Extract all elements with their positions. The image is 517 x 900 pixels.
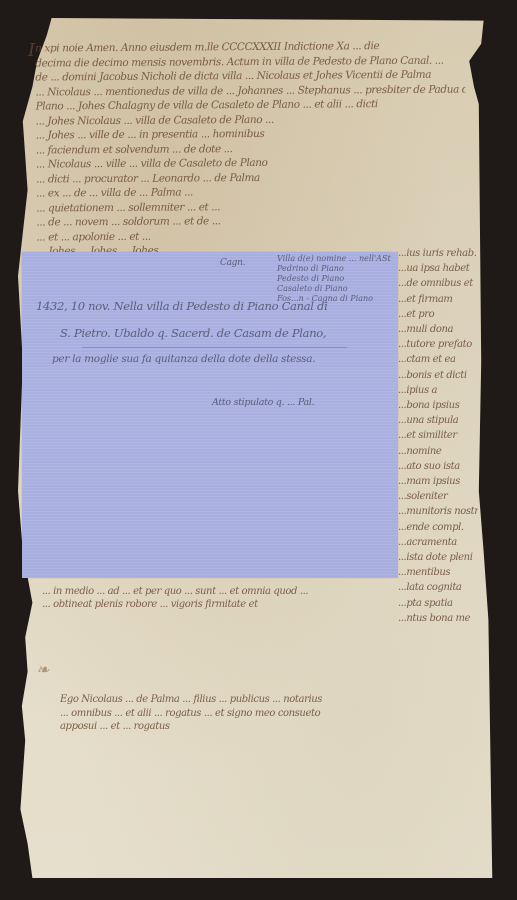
note-underline bbox=[82, 347, 347, 348]
side-annotation: Casaleto di Piano bbox=[277, 284, 397, 294]
manuscript-line: ... Nicolaus ... mentionedus de villa de… bbox=[35, 82, 465, 100]
margin-fragment: ...ato suo ista bbox=[398, 459, 478, 474]
margin-fragment: ...bonis et dicti bbox=[398, 368, 478, 383]
margin-fragment: ...ipius a bbox=[398, 383, 478, 398]
note-corner-label: Cagn. bbox=[220, 258, 245, 268]
notarial-subscription: Ego Nicolaus ... de Palma ... filius ...… bbox=[60, 693, 460, 734]
note-parties-line: S. Pietro. Ubaldo q. Sacerd. de Casam de… bbox=[60, 326, 326, 340]
margin-fragment: ...nomine bbox=[398, 444, 478, 459]
manuscript-right-margin-text: ...ius iuris rehab. ...ua ipsa habet ...… bbox=[398, 246, 478, 626]
margin-fragment: ...acramenta bbox=[398, 535, 478, 550]
margin-fragment: ...et firmam bbox=[398, 292, 478, 307]
subscription-line: ... omnibus ... et alii ... rogatus ... … bbox=[60, 707, 460, 721]
margin-fragment: ...bona ipsius bbox=[398, 398, 478, 413]
margin-fragment: ...ista dote pleni bbox=[398, 550, 478, 565]
note-summary-line: per la moglie sua fa quitanza della dote… bbox=[52, 353, 315, 365]
archival-note-slip: Cagn. Villa d(e) nomine ... nell'ASt Ped… bbox=[22, 252, 398, 578]
side-annotation: Pedesto di Piano bbox=[277, 274, 397, 284]
margin-fragment: ...ende compl. bbox=[398, 520, 478, 535]
margin-fragment: ...muli dona bbox=[398, 322, 478, 337]
manuscript-line: ... obtineat plenis robore ... vigoris f… bbox=[42, 598, 442, 611]
margin-fragment: ...ctam et ea bbox=[398, 352, 478, 367]
margin-fragment: ...soleniter bbox=[398, 489, 478, 504]
decorated-initial: I bbox=[28, 40, 35, 61]
margin-fragment: ...mam ipsius bbox=[398, 474, 478, 489]
subscription-line: apposui ... et ... rogatus bbox=[60, 720, 460, 734]
manuscript-line: ... in medio ... ad ... et per quo ... s… bbox=[42, 585, 442, 598]
note-signature: Atto stipulato q. ... Pal. bbox=[212, 397, 314, 408]
side-annotation: Pedrino di Piano bbox=[277, 264, 397, 274]
side-annotation: Villa d(e) nomine ... nell'ASt bbox=[277, 254, 397, 264]
note-date-line: 1432, 10 nov. Nella villa di Pedesto di … bbox=[36, 299, 327, 313]
margin-fragment: ...mentibus bbox=[398, 565, 478, 580]
margin-fragment: ...et similiter bbox=[398, 428, 478, 443]
note-side-annotations: Villa d(e) nomine ... nell'ASt Pedrino d… bbox=[277, 254, 397, 304]
subscription-line: Ego Nicolaus ... de Palma ... filius ...… bbox=[60, 693, 460, 707]
margin-fragment: ...tutore prefato bbox=[398, 337, 478, 352]
margin-fragment: ...munitoris nostre bbox=[398, 504, 478, 519]
manuscript-closing-lines: ... in medio ... ad ... et per quo ... s… bbox=[42, 585, 442, 611]
margin-fragment: ...ntus bona me bbox=[398, 611, 478, 626]
margin-fragment: ...ua ipsa habet bbox=[398, 261, 478, 276]
margin-fragment: ...ius iuris rehab. bbox=[398, 246, 478, 261]
notarial-flourish-icon: ❧ bbox=[36, 660, 49, 679]
margin-fragment: ...et pro bbox=[398, 307, 478, 322]
margin-fragment: ...una stipula bbox=[398, 413, 478, 428]
margin-fragment: ...de omnibus et bbox=[398, 276, 478, 291]
